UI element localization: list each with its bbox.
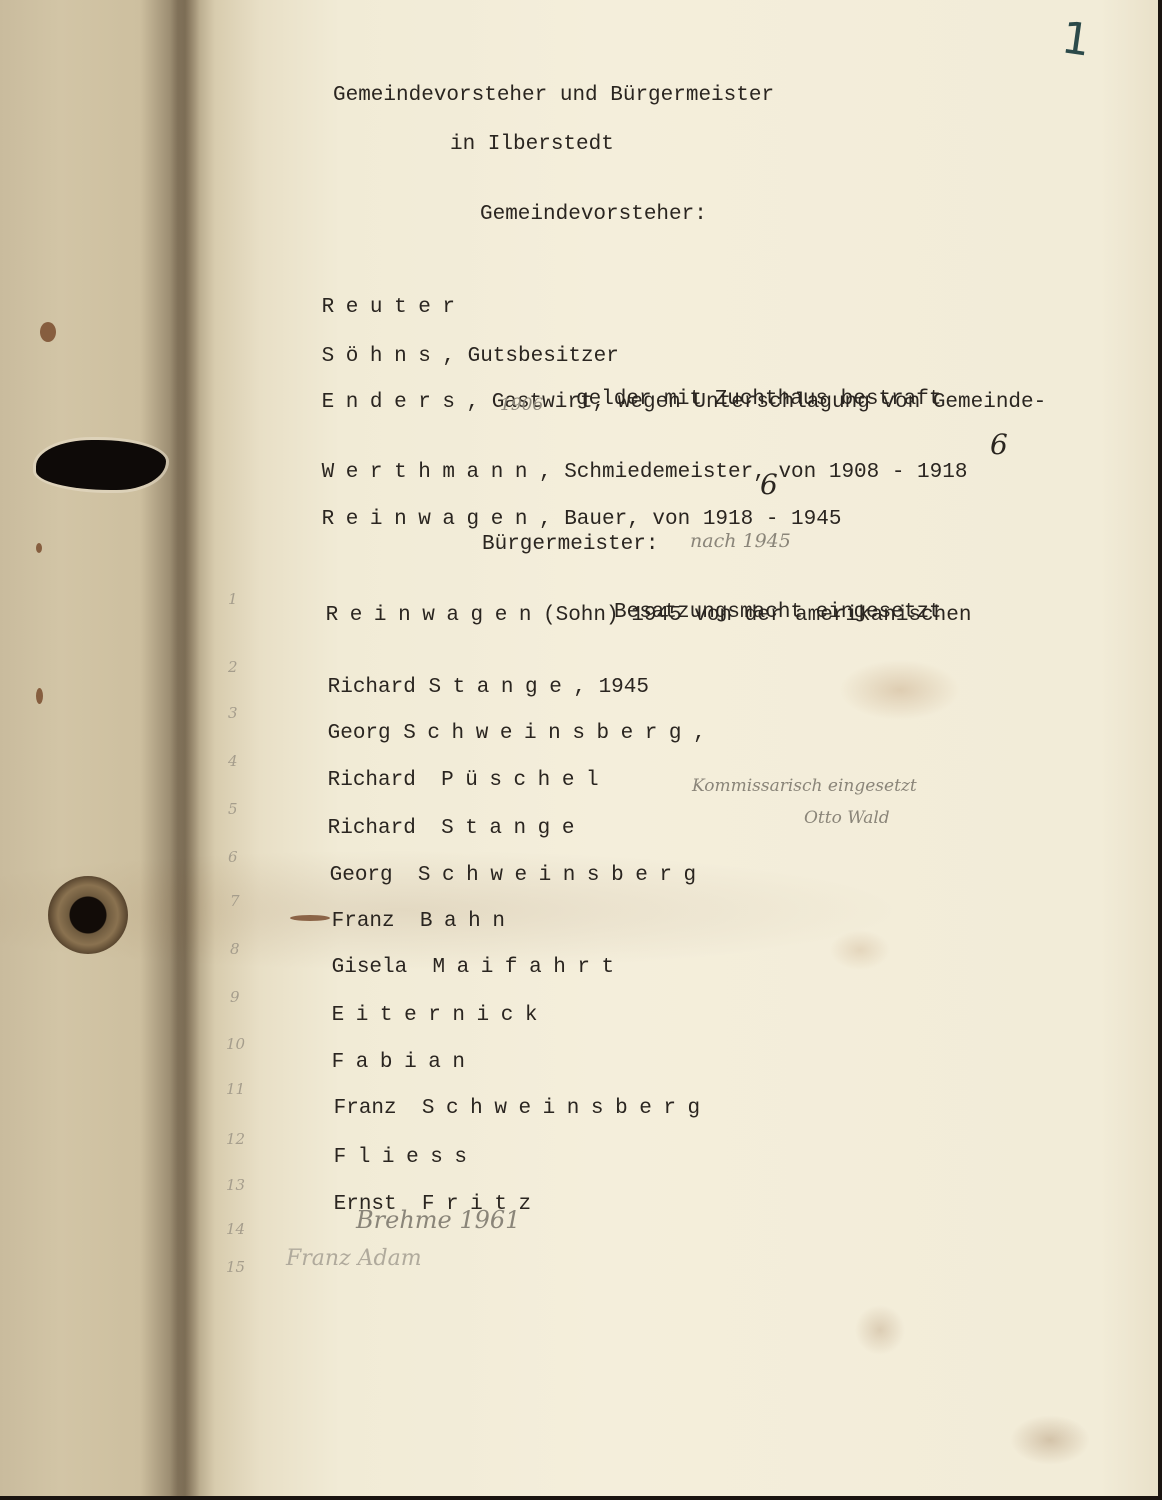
entry-detail-continued: Besatzungsmacht eingesetzt	[614, 601, 942, 625]
last-name: Schweinsberg	[418, 864, 708, 887]
first-name: Franz	[332, 910, 395, 933]
last-name: Püschel	[441, 769, 610, 792]
entry-name: Reinwagen	[326, 604, 543, 627]
heading-buergermeister: Bürgermeister:	[482, 533, 658, 557]
first-name: Georg	[330, 864, 393, 887]
margin-number: 5	[228, 800, 238, 818]
handwritten-correction: 6	[990, 428, 1008, 461]
margin-number: 9	[230, 988, 240, 1006]
margin-number: 15	[226, 1258, 245, 1276]
entry-detail: , Gutsbesitzer	[442, 345, 618, 368]
margin-number: 3	[228, 704, 238, 722]
side-note-line2: Otto Wald	[804, 808, 890, 828]
page-number: 1	[1059, 12, 1094, 66]
margin-number: 10	[226, 1035, 245, 1053]
margin-number: 2	[228, 658, 238, 676]
handwritten-note: 1906	[500, 395, 543, 415]
margin-number: 1	[228, 590, 238, 608]
handwritten-entry: Franz Adam	[286, 1246, 422, 1271]
last-name: Stange	[441, 817, 586, 840]
entry-detail: , Bauer, von 1918 - 1945	[539, 508, 841, 531]
first-name: Richard	[328, 817, 416, 840]
handwritten-note: nach 1945	[690, 530, 791, 552]
document: 1 Gemeindevorsteher und Bürgermeister in…	[0, 0, 1162, 1500]
side-note-line1: Kommissarisch eingesetzt	[692, 776, 917, 796]
handwritten-entry: Brehme 1961	[356, 1206, 520, 1234]
margin-number: 4	[228, 752, 238, 770]
document-title: Gemeindevorsteher und Bürgermeister	[333, 84, 774, 108]
margin-number: 6	[228, 848, 238, 866]
margin-number: 13	[226, 1176, 245, 1194]
last-name: Fabian	[332, 1051, 477, 1074]
margin-number: 8	[230, 940, 240, 958]
margin-number: 7	[230, 892, 240, 910]
entry-name: Söhns	[322, 345, 443, 368]
entry-detail: , Schmiedemeister, von 1908 - 1918	[539, 461, 967, 484]
last-name: Schweinsberg	[403, 722, 693, 745]
entry-name: Reinwagen	[322, 508, 539, 531]
heading-gemeindevorsteher: Gemeindevorsteher:	[480, 203, 707, 227]
entry-name: Enders	[322, 391, 467, 414]
entry-detail-continued: gelder mit Zuchthaus bestraft	[576, 388, 941, 412]
last-name: Eiternick	[332, 1004, 549, 1027]
margin-number: 11	[226, 1080, 245, 1098]
last-name: Maifahrt	[432, 956, 625, 979]
margin-number: 12	[226, 1130, 245, 1148]
first-name: Franz	[334, 1097, 397, 1120]
entry-name: Reuter	[322, 296, 467, 319]
entry-name: Werthmann	[322, 461, 539, 484]
last-name: Fliess	[334, 1146, 479, 1169]
last-name: Schweinsberg	[422, 1097, 712, 1120]
handwritten-correction: 6	[760, 468, 778, 501]
first-name: Richard	[328, 676, 416, 699]
margin-number: 14	[226, 1220, 245, 1238]
last-name: Stange	[428, 676, 573, 699]
first-name: Georg	[328, 722, 391, 745]
first-name: Gisela	[332, 956, 408, 979]
entry-detail: , 1945	[573, 676, 649, 699]
document-subtitle: in Ilberstedt	[450, 133, 614, 157]
entry-detail: ,	[693, 722, 706, 745]
first-name: Richard	[328, 769, 416, 792]
last-name: Bahn	[420, 910, 517, 933]
